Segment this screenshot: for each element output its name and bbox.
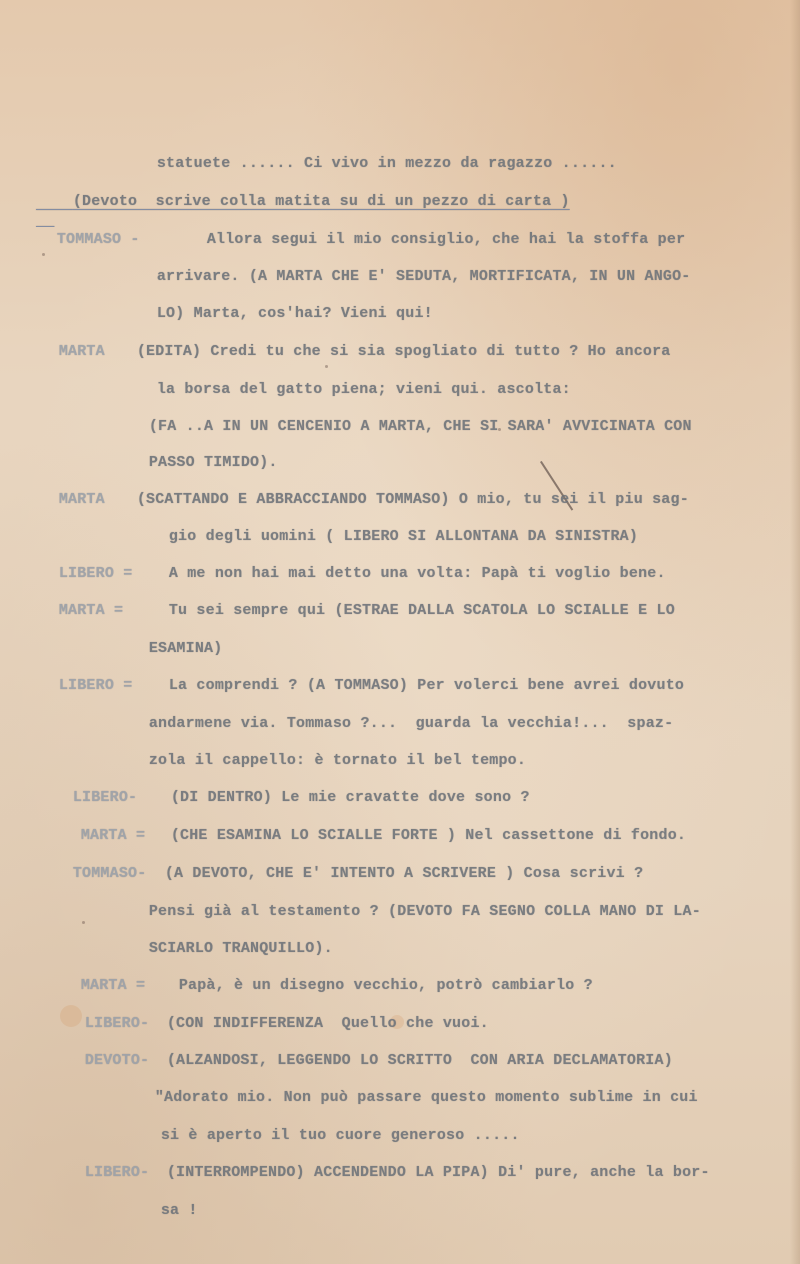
speaker-name: LIBERO = [59,677,133,694]
line-text: arrivare. (A MARTA CHE E' SEDUTA, MORTIF… [157,268,691,285]
line-text: (DI DENTRO) Le mie cravatte dove sono ? [171,789,530,806]
speaker-name: LIBERO- [73,789,137,806]
line-text: (INTERROMPENDO) ACCENDENDO LA PIPA) Di' … [167,1164,710,1181]
line-text: SCIARLO TRANQUILLO). [149,940,333,957]
line-text: (ALZANDOSI, LEGGENDO LO SCRITTO CON ARIA… [167,1052,673,1069]
dialogue-line: MARTA = [22,585,123,636]
line-text: Papà, è un disegno vecchio, potrò cambia… [179,977,593,994]
speaker-name: MARTA [59,491,105,508]
dialogue-text: (INTERROMPENDO) ACCENDENDO LA PIPA) Di' … [130,1147,710,1198]
line-text: (A DEVOTO, CHE E' INTENTO A SCRIVERE ) C… [165,865,643,882]
line-text: andarmene via. Tommaso ?... guarda la ve… [149,715,673,732]
line-text: A me non hai mai detto una volta: Papà t… [169,565,666,582]
line-text: (Devoto scrive colla matita su di un pez… [73,193,570,210]
speaker-name: MARTA [59,343,105,360]
line-text: Allora segui il mio consiglio, che hai l… [207,231,685,248]
line-text: (CON INDIFFERENZA Quello che vuoi. [167,1015,489,1032]
line-text: si è aperto il tuo cuore generoso ..... [161,1127,520,1144]
text-line: sa ! [124,1185,198,1236]
line-text: sa ! [161,1202,198,1219]
speaker-name: LIBERO = [59,565,133,582]
line-text: ESAMINA) [149,640,223,657]
line-text: statuete ...... Ci vivo in mezzo da raga… [157,155,617,172]
speaker-name: MARTA = [59,602,123,619]
line-text: "Adorato mio. Non può passare questo mom… [155,1089,698,1106]
line-text: gio degli uomini ( LIBERO SI ALLONTANA D… [169,528,638,545]
line-text: (FA ..A IN UN CENCENIO A MARTA, CHE SI S… [149,418,692,435]
line-text: La comprendi ? (A TOMMASO) Per volerci b… [169,677,684,694]
dialogue-line: MARTA [22,326,105,377]
line-text: zola il cappello: è tornato il bel tempo… [149,752,526,769]
line-text: la borsa del gatto piena; vieni qui. asc… [157,381,571,398]
dialogue-line: MARTA [22,474,105,525]
line-text: PASSO TIMIDO). [149,454,278,471]
line-text: (CHE ESAMINA LO SCIALLE FORTE ) Nel cass… [171,827,686,844]
line-text: Pensi già al testamento ? (DEVOTO FA SEG… [149,903,701,920]
typescript-page: statuete ...... Ci vivo in mezzo da raga… [0,0,800,1264]
speaker-name: MARTA = [81,977,145,994]
line-text: LO) Marta, cos'hai? Vieni qui! [157,305,433,322]
line-text: (EDITA) Credi tu che si sia spogliato di… [137,343,671,360]
speaker-name: TOMMASO - [57,231,140,248]
line-text: Tu sei sempre qui (ESTRAE DALLA SCATOLA … [169,602,675,619]
line-text: (SCATTANDO E ABBRACCIANDO TOMMASO) O mio… [137,491,689,508]
